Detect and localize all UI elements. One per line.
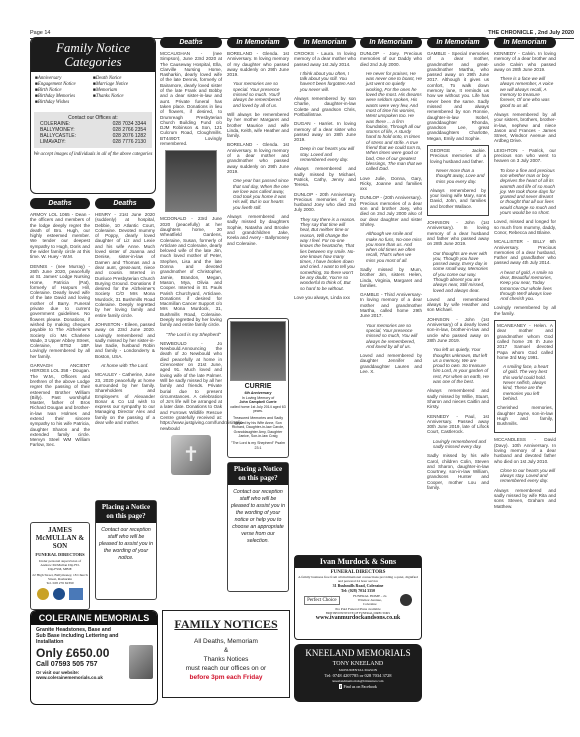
notice: CROOKS - Laura. In loving memory of a de…	[294, 51, 356, 67]
categories-box: Family Notice Categories Anniversary Dea…	[30, 37, 156, 194]
kneeland-name: KNEELAND MEMORIALS	[294, 647, 422, 660]
perfect-choice-logo: Perfect Choice	[304, 596, 340, 605]
mcmullan-sub: FUNERAL DIRECTORS	[31, 552, 89, 557]
column-6: In Memoriam DUNLOP - Joey. Precious memo…	[360, 37, 422, 378]
section-memoriam: In Memoriam	[360, 37, 422, 48]
kneeland-email: kneelandmemorials@btinternet.com	[294, 679, 422, 683]
portrait-photo	[165, 150, 217, 212]
section-memoriam: In Memoriam	[427, 37, 489, 48]
notice: DUNLOP - (20th Anniversary). Precious me…	[360, 195, 422, 227]
column-8: In Memoriam KENNEDY - Calvin. In loving …	[494, 37, 556, 513]
notice: JOHNSON - John (1st Anniversary). In lov…	[427, 220, 489, 246]
notice: MCAULEY - Catherine, June 23, 2020 peace…	[95, 372, 155, 425]
placing-title: Placing a Notice on this page?	[96, 501, 156, 523]
section-deaths: Deaths	[30, 198, 90, 209]
column-2: Deaths HENRY - 21st June 2020 (suddenly)…	[95, 198, 155, 429]
fn-line: Thanks Notices	[163, 655, 289, 664]
notice: BORELAND - Glenda. 1st Anniversary. In l…	[227, 51, 289, 77]
notice: GARVAGH ANCIENT HEROES LOL 358 - Dougan.…	[30, 363, 90, 448]
currie-notice: CURRIE 6th Anniversary In Loving Memory …	[227, 318, 289, 458]
section-deaths: Deaths	[160, 37, 222, 48]
currie-name: CURRIE	[228, 383, 288, 391]
notice-verse: Close to our hearts you will always stay…	[494, 468, 556, 484]
office-phone: 028 7776 2130	[113, 139, 146, 145]
notice: Always remembered by son Charlie, daught…	[294, 96, 356, 117]
notice-verse: He never for praises, He was never one t…	[360, 71, 422, 172]
placing-body: Contact our reception staff who will be …	[96, 523, 156, 566]
placing-notice-box: Placing a Notice on this page? Contact o…	[95, 500, 157, 600]
column-4: In Memoriam BORELAND - Glenda. 1st Anniv…	[227, 37, 289, 250]
category-item: Birthday Wishes	[35, 100, 93, 106]
categories-note: We accept images of individuals in all o…	[31, 150, 155, 160]
column-5: In Memoriam CROOKS - Laura. In loving me…	[294, 37, 356, 304]
facebook-icon: f	[339, 684, 342, 689]
placing-notice-box: Placing a Notice on this page? Contact o…	[227, 462, 289, 592]
categories-title: Family Notice Categories	[31, 38, 155, 72]
murdock-desc: A family business free from all multinat…	[295, 575, 421, 583]
kneeland-ad: KNEELAND MEMORIALS TONY KNEELAND MONUMEN…	[294, 644, 422, 702]
notice: Always remembered and sadly missed by Mi…	[294, 166, 356, 187]
notice: NEWBOULD - Jo Newbould.Announcing the de…	[160, 341, 222, 431]
notice-verse: One year has passed since that sad day, …	[227, 178, 289, 210]
kneeland-tel: Tel: 0748 4207785 or 028 7034 3728	[294, 672, 422, 679]
currie-line: called home 1st July 2014 aged 63 years.	[228, 405, 288, 414]
office-row: LIMAVADY:028 7776 2130	[40, 139, 146, 145]
notice: LEIGHTON - Patrick, our precious son who…	[494, 148, 556, 164]
notice: MCANEANEY - Helen. A dear mother and gra…	[497, 323, 553, 360]
currie-line: "The Lord is my Shepherd" Psalm 23:1	[228, 441, 288, 450]
facebook-link[interactable]: f Find us on Facebook	[294, 684, 422, 689]
notice: Will always be remembered by her mother …	[227, 112, 289, 138]
fn-deadline: before 3pm each Friday	[163, 673, 289, 682]
murdock-ad: Ivan Murdock & Sons FUNERAL DIRECTORS A …	[294, 555, 422, 640]
notice-verse: Although we smile and make no fuss, No-o…	[360, 231, 422, 263]
notice: Loved and remembered by daughter Jennife…	[360, 353, 422, 374]
notice-verse: Deep in our hearts you will stay. Loved …	[294, 146, 356, 162]
section-memoriam: In Memoriam	[294, 37, 356, 48]
placing-body: Contact our reception staff who will be …	[228, 485, 288, 549]
mcaneaney-notice-box: MCANEANEY - Helen. A dear mother and gra…	[494, 320, 556, 433]
notice: HENRY - 21st June 2020 (suddenly) at hos…	[95, 212, 155, 318]
notice: Always remembered by all your sisters, b…	[494, 112, 556, 144]
currie-line: Treasured Memories and Sadly Missed by h…	[228, 416, 288, 439]
notice: DUNLOP - 20th Anniversary. Precious memo…	[294, 192, 356, 213]
notice-verse: There is a face we will always remember,…	[494, 76, 556, 108]
notice: Cherished memories, daughter Jayne, son-…	[497, 405, 553, 426]
notice-verse: Your memories are so special, Your prese…	[360, 323, 422, 349]
notice: KENNEDY - Paul, 1st Anniversary. Passed …	[427, 414, 489, 435]
mcmullan-tel: Tel. 028 276 62390	[31, 581, 89, 585]
notice: MCCANDLESS - David (Davy). 10th Annivers…	[494, 437, 556, 463]
notice: DENNIS - (nee Murray) - 26th June 2020, …	[30, 264, 90, 359]
notice: GEORGE - Jackie. Precious memories of a …	[430, 148, 486, 164]
notice-verse: They say there is a reason. They say tha…	[294, 217, 356, 291]
notice: GAMBLE - Special memories of a dear moth…	[427, 51, 489, 141]
mcmullan-logos	[31, 588, 89, 600]
notice-verse: Never more than a thought away, Love and…	[430, 168, 486, 184]
notice-verse: A smiling face, a heart of gold. The ver…	[497, 364, 553, 401]
notice: ARMOY LOL 1065 - Dean - the officers and…	[30, 212, 90, 260]
categories-list: Anniversary Death Notice Engagement Noti…	[31, 72, 155, 110]
notice: Always remembered and sadly missed by Wi…	[427, 388, 489, 409]
notice: Sadly missed by his wife Carol, children…	[427, 453, 489, 490]
category-item: Thanks Notice	[93, 94, 151, 100]
section-memoriam: In Memoriam	[494, 37, 556, 48]
notice: Always remembered and sadly missed by da…	[227, 214, 289, 246]
notice: Love you always, Linda xxx	[294, 295, 356, 300]
notice: Lovingly remembered by all the family.	[494, 305, 556, 316]
kneeland-person: TONY KNEELAND	[294, 660, 422, 668]
mcmullan-address: 22 High Street, Ballymoney, 18 Church St…	[31, 573, 89, 581]
notice-verse: Our thoughts are ever with you, Though y…	[427, 251, 489, 293]
notice-verse: "The Lord is my Shepherd"	[160, 332, 222, 337]
mcmullan-name: JAMES McMULLAN & SON	[31, 526, 89, 550]
notice: BORELAND - Glenda. 1st Anniversary. In l…	[227, 142, 289, 174]
facebook-label: Find us on Facebook	[343, 684, 376, 689]
murdock-row: Perfect Choice FUNERAL HOME - 2a Windsor…	[295, 593, 421, 607]
notice: Sadly missed by Mum, brother Jim, sister…	[360, 267, 422, 288]
column-3: Deaths MCCAUGHAN - (nee Simpson), June 2…	[160, 37, 222, 479]
notice: Always remembered by your loving wife Ma…	[430, 188, 486, 209]
family-notices-title: FAMILY NOTICES	[163, 617, 289, 632]
notice-verse: Lovingly remembered and sadly missed eve…	[427, 439, 489, 450]
badge-icon	[37, 588, 49, 600]
column-1: Deaths ARMOY LOL 1065 - Dean - the offic…	[30, 198, 90, 452]
office-name: LIMAVADY:	[40, 139, 66, 145]
murdock-website-link[interactable]: www.ivanmurdockandsons.co.uk	[295, 615, 421, 621]
murdock-name: Ivan Murdock & Sons	[295, 556, 421, 568]
notice: MCALLISTER - BILLY 6th Anniversary. Prec…	[494, 239, 556, 265]
bible-icon: ✝	[171, 435, 211, 475]
coleraine-memorials-ad: COLERAINE MEMORIALS Granite Headstones, …	[30, 610, 158, 705]
memorials-desc: Granite Headstones, Base and Sub Base in…	[31, 625, 126, 647]
section-deaths: Deaths	[95, 198, 155, 209]
portrait-photo	[230, 321, 286, 381]
mcmullan-detail: Under personal supervision of Andrew McM…	[33, 559, 87, 571]
notice-verse: You left us quietly, Your thoughts unkno…	[427, 347, 489, 384]
crest-icon	[400, 594, 412, 606]
contact-offices: Contact our Offices at: COLERAINE:028 70…	[34, 112, 152, 148]
george-notice-box: GEORGE - Jackie. Precious memories of a …	[427, 145, 489, 216]
notice: JOHNSON - John (1st Anniversary) of a de…	[427, 317, 489, 343]
notice: DUNLOP - Joey. Precious memories of our …	[360, 51, 422, 67]
notice: MCDONALD - 23rd June 2020 (peacefully) a…	[160, 216, 222, 327]
page-number: Page 14	[30, 30, 51, 36]
placing-title: Placing a Notice on this page?	[228, 463, 288, 485]
headstone-image	[129, 645, 153, 679]
badge-icon	[53, 588, 65, 600]
notice-verse: Your memories are so special. Your prese…	[227, 81, 289, 107]
logo-icon	[69, 588, 83, 600]
family-notices-ad: FAMILY NOTICES All Deaths, Memoriam & Th…	[162, 610, 290, 698]
notice: JOHNSTON - Eileen, passed away on 23rd J…	[95, 322, 155, 359]
fn-line: All Deaths, Memoriam	[163, 637, 289, 646]
memorials-title: COLERAINE MEMORIALS	[31, 611, 157, 625]
paper-dateline: THE CHRONICLE , 2nd July 2020	[488, 30, 574, 36]
notice: Loved, missed and longed for so much fro…	[494, 219, 556, 235]
notice: Loved and remembered always by wife Heat…	[427, 297, 489, 313]
murdock-funeral-home: FUNERAL HOME - 2a Windsor Avenue, Colera…	[352, 594, 388, 606]
notice: MCCAUGHAN - (nee Simpson), June 23rd 202…	[160, 51, 222, 146]
notice: DUGAN - Harriet. In loving memory of a d…	[294, 121, 356, 142]
notice: GAMBLE - Third Anniversary-In loving mem…	[360, 292, 422, 318]
mcmullan-ad: JAMES McMULLAN & SON FUNERAL DIRECTORS U…	[30, 522, 90, 610]
notice: Always remembered and sadly missed by wi…	[494, 488, 556, 509]
notice: Love Julie, Donna, Gary, Ricky, Joanne a…	[360, 176, 422, 192]
section-memoriam: In Memoriam	[227, 37, 289, 48]
notice-verse: At home with The Lord.	[95, 363, 155, 368]
notice-verse: A heart of gold, A smile so dear, Beauti…	[494, 270, 556, 302]
fn-line: must reach our offices on or	[163, 664, 289, 673]
notice-verse: I think about you often, I talk about yo…	[294, 71, 356, 92]
fn-line: &	[163, 646, 289, 655]
column-7: In Memoriam GAMBLE - Special memories of…	[427, 37, 489, 494]
notice: KENNEDY - Calvin. In loving memory of a …	[494, 51, 556, 72]
notice-verse: To lose a fine and precious son whether …	[494, 168, 556, 216]
